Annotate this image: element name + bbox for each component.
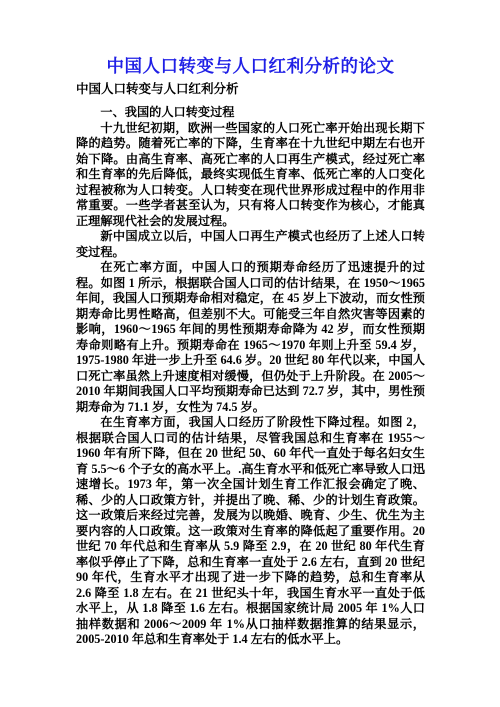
paragraph-new-china: 新中国成立以后，中国人口再生产模式也经历了上述人口转变过程。 <box>76 229 425 260</box>
document-page: 中国人口转变与人口红利分析的论文 中国人口转变与人口红利分析 一、我国的人口转变… <box>0 0 500 707</box>
document-title: 中国人口转变与人口红利分析的论文 <box>76 53 425 79</box>
section-heading: 一、我国的人口转变过程 <box>76 105 425 121</box>
paragraph-population-transition-europe: 十九世纪初期，欧洲一些国家的人口死亡率开始出现长期下降的趋势。随着死亡率的下降，… <box>76 121 425 230</box>
document-subtitle: 中国人口转变与人口红利分析 <box>76 82 425 97</box>
paragraph-mortality-life-expectancy: 在死亡率方面，中国人口的预期寿命经历了迅速提升的过程。如图 1 所示，根据联合国… <box>76 260 425 415</box>
paragraph-fertility-decline: 在生育率方面，我国人口经历了阶段性下降过程。如图 2，根据联合国人口司的估计结果… <box>76 415 425 648</box>
